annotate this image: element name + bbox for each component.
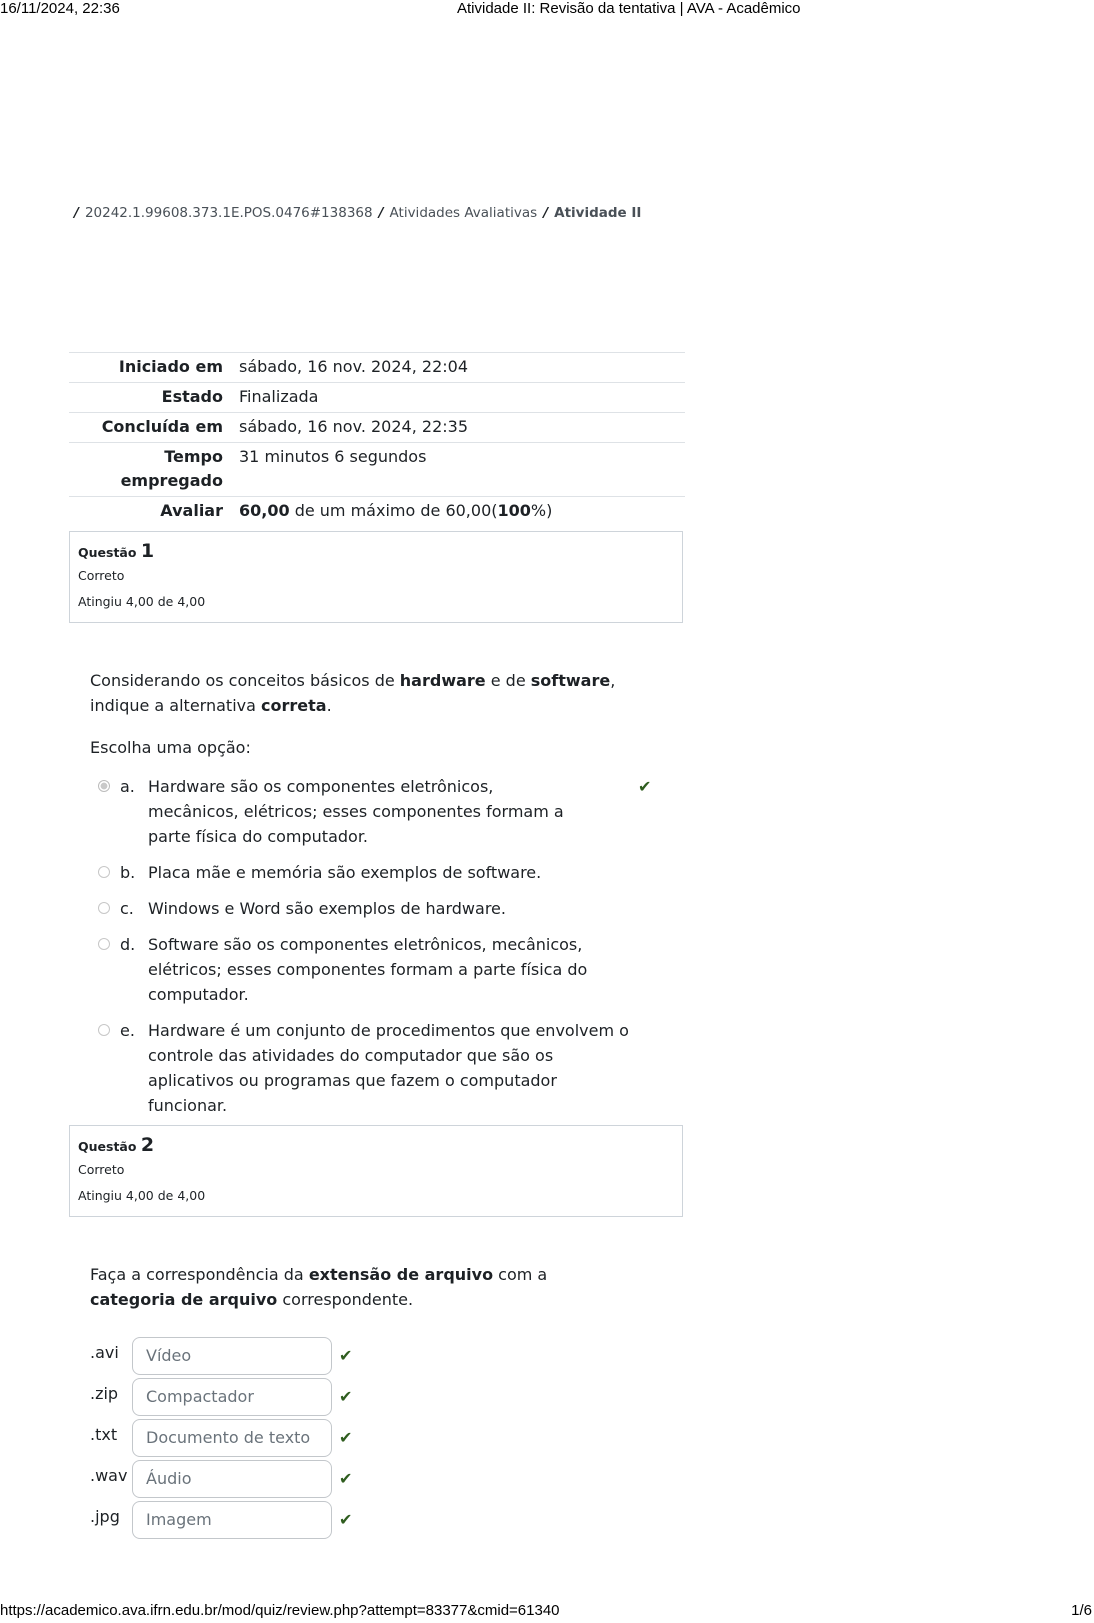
summary-label: Concluída em bbox=[69, 413, 239, 443]
summary-row-completed: Concluída em sábado, 16 nov. 2024, 22:35 bbox=[69, 413, 685, 443]
question-1-answers: a. Hardware são os componentes eletrônic… bbox=[98, 774, 658, 1129]
summary-row-grade: Avaliar 60,00 de um máximo de 60,00(100%… bbox=[69, 497, 685, 527]
option-text: Windows e Word são exemplos de hardware. bbox=[148, 896, 638, 921]
breadcrumb: / 20242.1.99608.373.1E.POS.0476#138368 /… bbox=[74, 205, 641, 221]
match-row-zip: .zip Compactador ✔ bbox=[90, 1378, 390, 1419]
question-number: Questão 2 bbox=[78, 1134, 674, 1156]
grade-percent-sign: %) bbox=[531, 501, 552, 520]
question-label: Questão bbox=[78, 1139, 136, 1154]
match-extension: .zip bbox=[90, 1378, 132, 1403]
question-2-info: Questão 2 Correto Atingiu 4,00 de 4,00 bbox=[69, 1125, 683, 1217]
grade-max: de um máximo de 60,00( bbox=[290, 501, 498, 520]
question-2-matches: .avi Vídeo ✔ .zip Compactador ✔ .txt Doc… bbox=[90, 1337, 390, 1542]
summary-label: Tempo empregado bbox=[69, 443, 239, 497]
breadcrumb-section[interactable]: Atividades Avaliativas bbox=[390, 205, 538, 221]
option-letter: a. bbox=[120, 774, 148, 799]
check-icon: ✔ bbox=[638, 774, 651, 799]
breadcrumb-current[interactable]: Atividade II bbox=[554, 205, 641, 221]
option-letter: d. bbox=[120, 932, 148, 957]
match-select[interactable]: Compactador bbox=[132, 1378, 332, 1416]
option-letter: e. bbox=[120, 1018, 148, 1043]
breadcrumb-course[interactable]: 20242.1.99608.373.1E.POS.0476#138368 bbox=[85, 205, 373, 221]
attempt-summary-table: Iniciado em sábado, 16 nov. 2024, 22:04 … bbox=[69, 352, 685, 526]
print-page-number: 1/6 bbox=[1071, 1602, 1092, 1619]
answer-option-c[interactable]: c. Windows e Word são exemplos de hardwa… bbox=[98, 896, 658, 921]
text-bold: categoria de arquivo bbox=[90, 1290, 277, 1309]
match-select[interactable]: Imagem bbox=[132, 1501, 332, 1539]
print-url: https://academico.ava.ifrn.edu.br/mod/qu… bbox=[0, 1602, 560, 1619]
radio-button[interactable] bbox=[98, 902, 110, 914]
breadcrumb-separator: / bbox=[543, 205, 548, 221]
question-grade: Atingiu 4,00 de 4,00 bbox=[78, 1188, 674, 1203]
option-letter: c. bbox=[120, 896, 148, 921]
match-extension: .avi bbox=[90, 1337, 132, 1362]
option-letter: b. bbox=[120, 860, 148, 885]
answer-option-a[interactable]: a. Hardware são os componentes eletrônic… bbox=[98, 774, 658, 849]
option-text: Placa mãe e memória são exemplos de soft… bbox=[148, 860, 638, 885]
radio-button[interactable] bbox=[98, 938, 110, 950]
summary-label: Avaliar bbox=[69, 497, 239, 527]
match-row-txt: .txt Documento de texto ✔ bbox=[90, 1419, 390, 1460]
text-bold: extensão de arquivo bbox=[309, 1265, 493, 1284]
match-extension: .jpg bbox=[90, 1501, 132, 1526]
radio-button[interactable] bbox=[98, 1024, 110, 1036]
breadcrumb-separator: / bbox=[74, 205, 79, 221]
print-footer: https://academico.ava.ifrn.edu.br/mod/qu… bbox=[0, 1602, 1094, 1622]
text-part: Faça a correspondência da bbox=[90, 1265, 309, 1284]
option-text: Software são os componentes eletrônicos,… bbox=[148, 932, 638, 1007]
text-bold: hardware bbox=[400, 671, 486, 690]
question-number-value: 2 bbox=[141, 1134, 154, 1156]
check-icon: ✔ bbox=[339, 1387, 352, 1406]
match-row-jpg: .jpg Imagem ✔ bbox=[90, 1501, 390, 1542]
print-header: 16/11/2024, 22:36 Atividade II: Revisão … bbox=[0, 0, 1094, 20]
option-text: Hardware são os componentes eletrônicos,… bbox=[148, 774, 578, 849]
text-bold: correta bbox=[261, 696, 327, 715]
question-1-info: Questão 1 Correto Atingiu 4,00 de 4,00 bbox=[69, 531, 683, 623]
text-part: correspondente. bbox=[277, 1290, 413, 1309]
match-extension: .txt bbox=[90, 1419, 132, 1444]
summary-value: 31 minutos 6 segundos bbox=[239, 443, 685, 497]
check-icon: ✔ bbox=[339, 1469, 352, 1488]
radio-button-selected[interactable] bbox=[98, 780, 110, 792]
match-row-wav: .wav Áudio ✔ bbox=[90, 1460, 390, 1501]
text-part: . bbox=[327, 696, 332, 715]
summary-value: sábado, 16 nov. 2024, 22:35 bbox=[239, 413, 685, 443]
summary-value: Finalizada bbox=[239, 383, 685, 413]
question-state: Correto bbox=[78, 1162, 674, 1177]
summary-row-state: Estado Finalizada bbox=[69, 383, 685, 413]
match-select[interactable]: Vídeo bbox=[132, 1337, 332, 1375]
answer-option-d[interactable]: d. Software são os componentes eletrônic… bbox=[98, 932, 658, 1007]
question-number: Questão 1 bbox=[78, 540, 674, 562]
summary-value: sábado, 16 nov. 2024, 22:04 bbox=[239, 353, 685, 383]
match-row-avi: .avi Vídeo ✔ bbox=[90, 1337, 390, 1378]
match-select[interactable]: Documento de texto bbox=[132, 1419, 332, 1457]
text-part: com a bbox=[493, 1265, 547, 1284]
summary-label: Iniciado em bbox=[69, 353, 239, 383]
text-part: Considerando os conceitos básicos de bbox=[90, 671, 400, 690]
match-select[interactable]: Áudio bbox=[132, 1460, 332, 1498]
grade-score: 60,00 bbox=[239, 501, 290, 520]
breadcrumb-separator: / bbox=[379, 205, 384, 221]
check-icon: ✔ bbox=[339, 1346, 352, 1365]
question-1-prompt: Escolha uma opção: bbox=[90, 738, 251, 757]
question-1-text: Considerando os conceitos básicos de har… bbox=[90, 668, 665, 718]
summary-row-time: Tempo empregado 31 minutos 6 segundos bbox=[69, 443, 685, 497]
question-state: Correto bbox=[78, 568, 674, 583]
question-2-text: Faça a correspondência da extensão de ar… bbox=[90, 1262, 630, 1312]
check-icon: ✔ bbox=[339, 1428, 352, 1447]
text-part: e de bbox=[486, 671, 531, 690]
option-text: Hardware é um conjunto de procedimentos … bbox=[148, 1018, 638, 1118]
match-extension: .wav bbox=[90, 1460, 132, 1485]
answer-option-e[interactable]: e. Hardware é um conjunto de procediment… bbox=[98, 1018, 658, 1118]
summary-value: 60,00 de um máximo de 60,00(100%) bbox=[239, 497, 685, 527]
radio-button[interactable] bbox=[98, 866, 110, 878]
question-number-value: 1 bbox=[141, 540, 154, 562]
question-label: Questão bbox=[78, 545, 136, 560]
print-datetime: 16/11/2024, 22:36 bbox=[0, 0, 120, 17]
grade-percent: 100 bbox=[498, 501, 531, 520]
text-bold: software bbox=[531, 671, 610, 690]
print-page-title: Atividade II: Revisão da tentativa | AVA… bbox=[457, 0, 801, 17]
answer-option-b[interactable]: b. Placa mãe e memória são exemplos de s… bbox=[98, 860, 658, 885]
summary-label: Estado bbox=[69, 383, 239, 413]
summary-row-started: Iniciado em sábado, 16 nov. 2024, 22:04 bbox=[69, 353, 685, 383]
check-icon: ✔ bbox=[339, 1510, 352, 1529]
question-grade: Atingiu 4,00 de 4,00 bbox=[78, 594, 674, 609]
